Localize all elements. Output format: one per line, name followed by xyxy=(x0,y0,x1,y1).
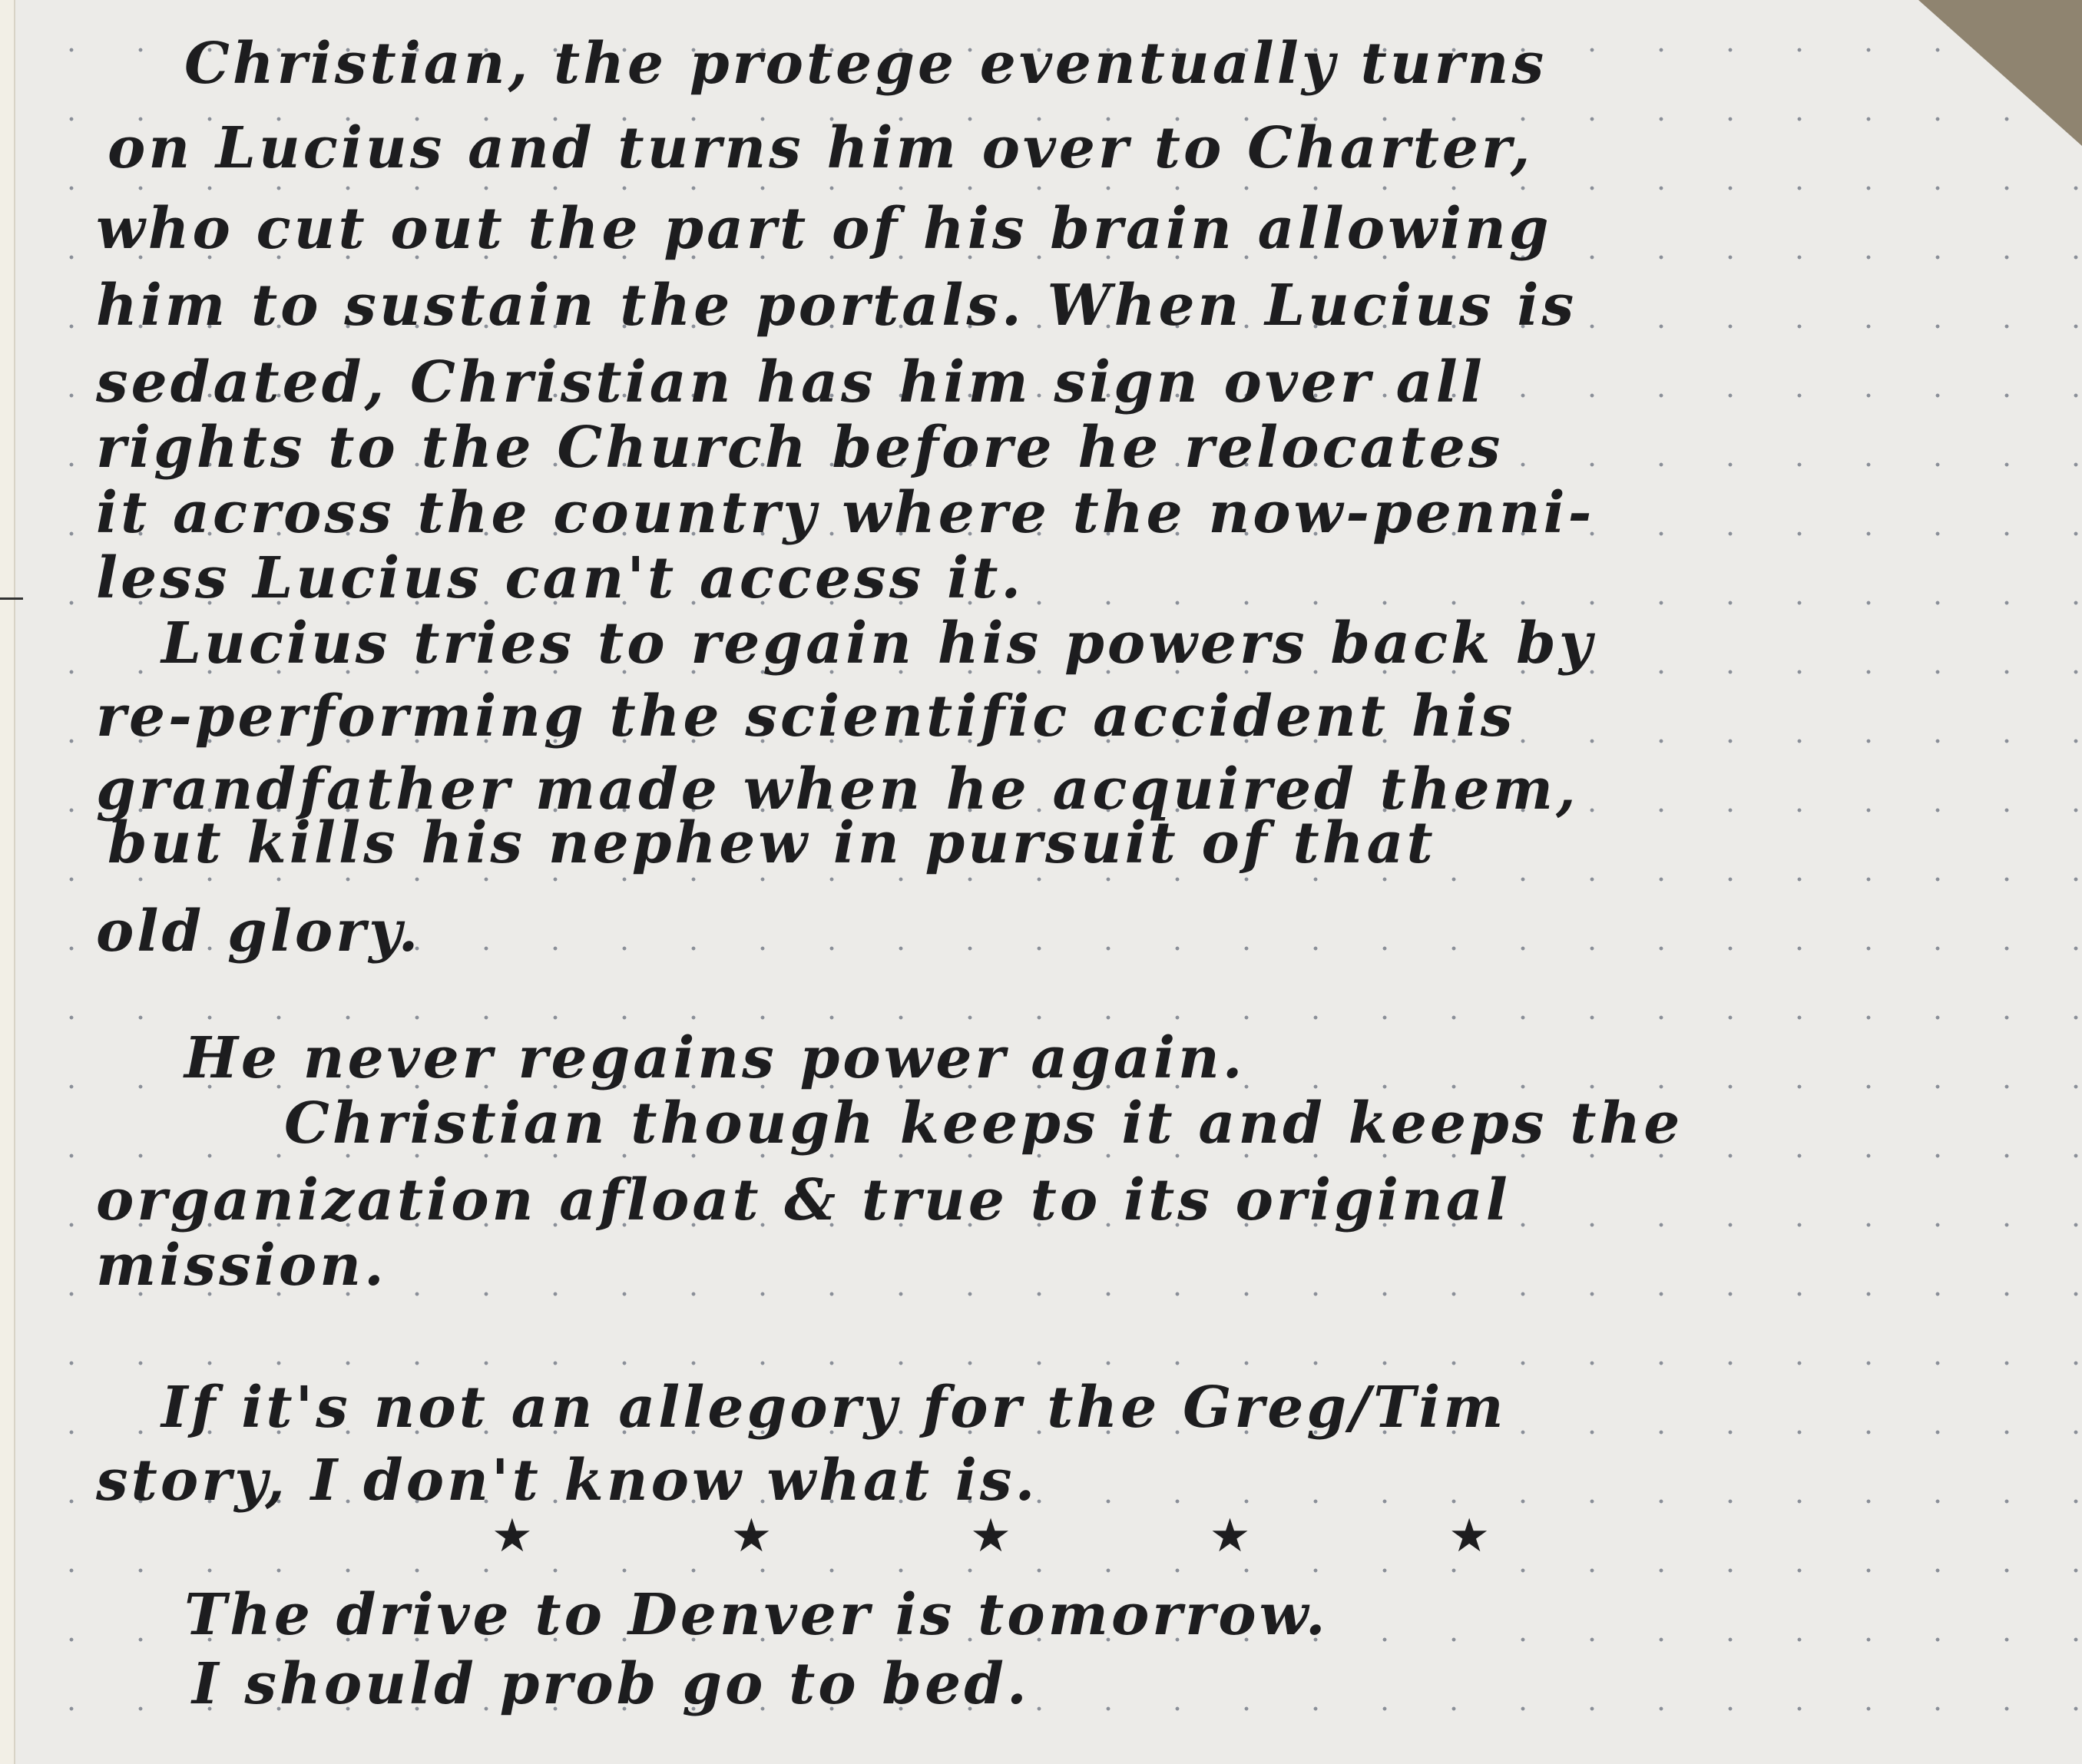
text-line: who cut out the part of his brain allowi… xyxy=(96,196,1552,262)
text-line: it across the country where the now-penn… xyxy=(96,480,1594,546)
text-line: Christian, the protege eventually turns xyxy=(184,31,1547,97)
text-line: story, I don't know what is. xyxy=(96,1448,1038,1514)
star-icon: ★ xyxy=(731,1509,773,1563)
text-line: old glory. xyxy=(96,899,421,965)
page-binding-edge xyxy=(0,0,15,1764)
text-line: sedated, Christian has him sign over all xyxy=(96,349,1485,415)
text-line: Lucius tries to regain his powers back b… xyxy=(161,611,1595,677)
star-icon: ★ xyxy=(492,1509,533,1563)
text-line: re-performing the scientific accident hi… xyxy=(96,683,1515,750)
text-line: but kills his nephew in pursuit of that xyxy=(108,810,1436,876)
margin-mark xyxy=(0,597,23,600)
text-line: rights to the Church before he relocates xyxy=(96,415,1503,481)
star-icon: ★ xyxy=(1210,1509,1251,1563)
text-line: less Lucius can't access it. xyxy=(96,545,1024,611)
text-line: He never regains power again. xyxy=(184,1025,1246,1091)
text-line: The drive to Denver is tomorrow. xyxy=(184,1582,1329,1648)
section-separator: ★ ★ ★ ★ ★ xyxy=(492,1509,1490,1563)
text-line: him to sustain the portals. When Lucius … xyxy=(96,273,1577,339)
star-icon: ★ xyxy=(970,1509,1011,1563)
star-icon: ★ xyxy=(1448,1509,1490,1563)
text-line: on Lucius and turns him over to Charter, xyxy=(108,115,1533,181)
text-line: Christian though keeps it and keeps the xyxy=(284,1091,1683,1157)
text-line: organization afloat & true to its origin… xyxy=(96,1167,1511,1233)
text-line: I should prob go to bed. xyxy=(192,1651,1030,1717)
text-line: If it's not an allegory for the Greg/Tim xyxy=(161,1375,1507,1441)
text-line: mission. xyxy=(96,1233,387,1299)
